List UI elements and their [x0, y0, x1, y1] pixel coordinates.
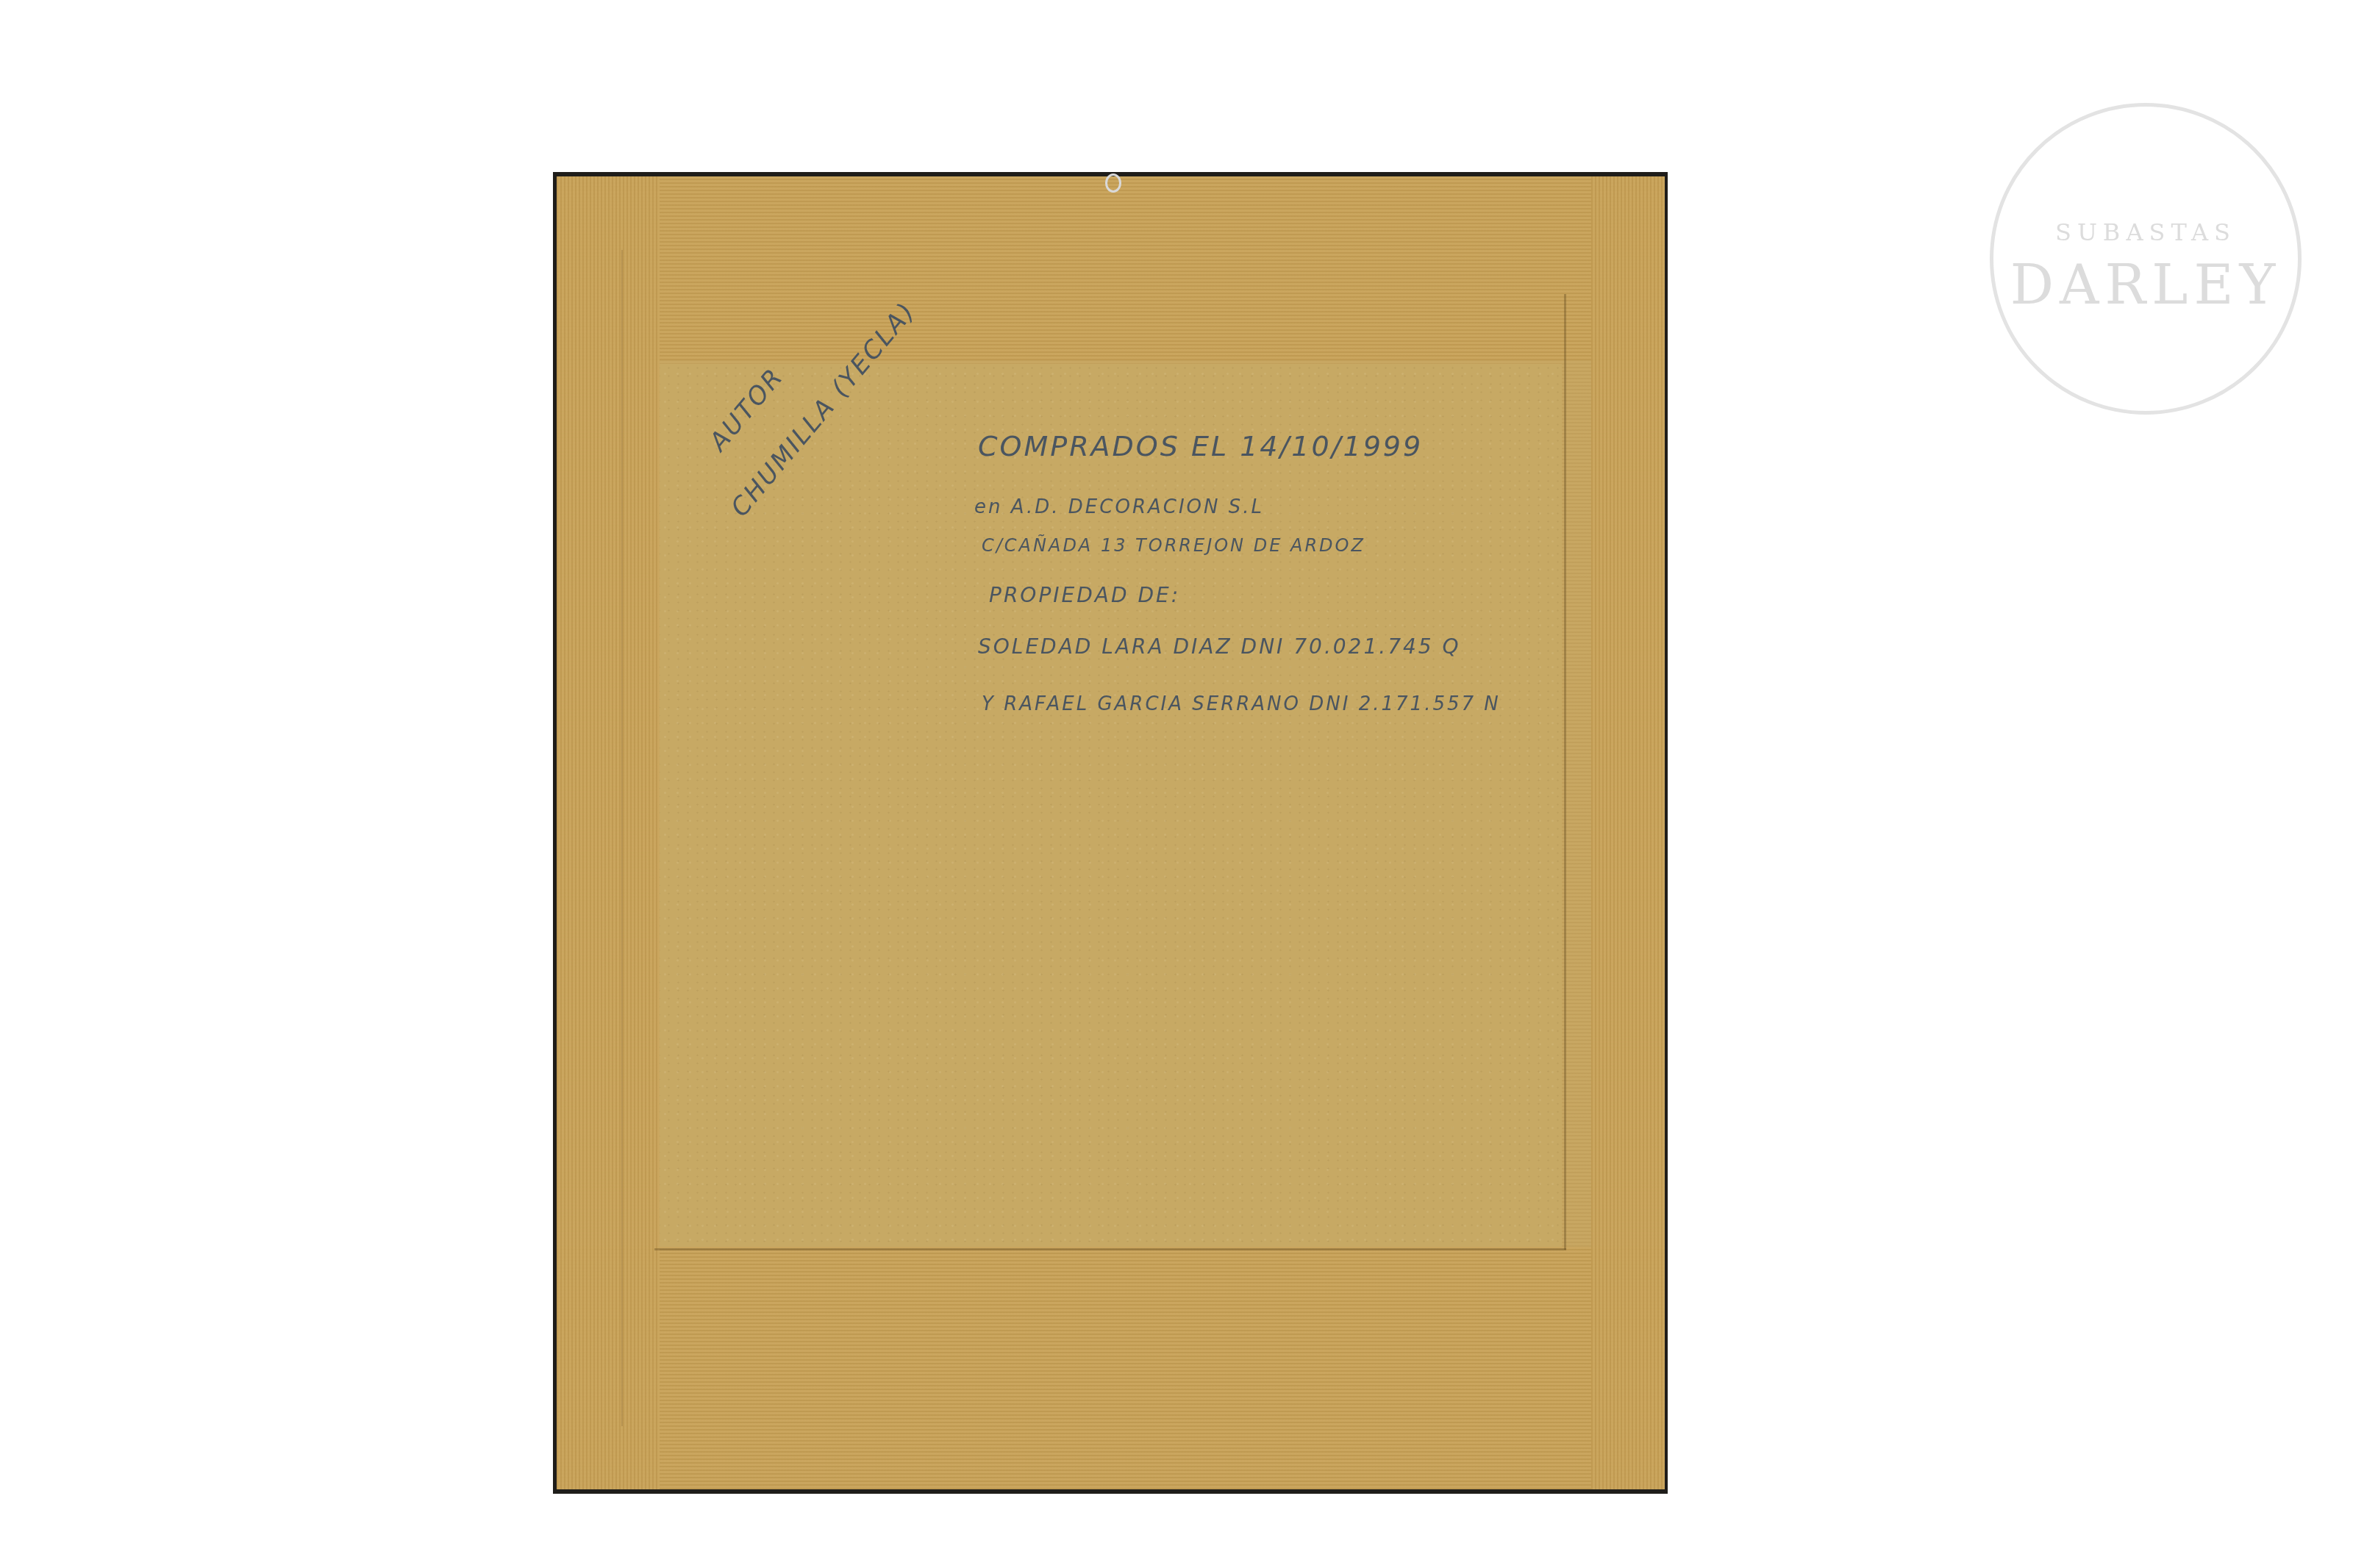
auction-house-watermark: SUBASTAS DARLEY [1990, 103, 2302, 415]
note-seller: en A.D. DECORACION S.L [974, 496, 1264, 518]
note-owner-2: Y RAFAEL GARCIA SERRANO DNI 2.171.557 N [982, 693, 1501, 715]
tape-fold-line [621, 250, 623, 1426]
frame-back [553, 172, 1668, 1494]
note-address: C/CAÑADA 13 TORREJON DE ARDOZ [982, 535, 1365, 556]
note-owner-1: SOLEDAD LARA DIAZ DNI 70.021.745 Q [978, 634, 1461, 659]
watermark-main-text: DARLEY [1993, 254, 2298, 317]
backing-board [557, 176, 1665, 1489]
tape-fold-line [1564, 294, 1566, 1250]
tape-strip-top [557, 176, 1665, 360]
tape-strip-right [1591, 176, 1665, 1489]
tape-strip-bottom [557, 1247, 1665, 1489]
hanging-hook-icon [1105, 173, 1121, 193]
note-property-of: PROPIEDAD DE: [989, 583, 1180, 607]
tape-fold-line [654, 1248, 1566, 1250]
note-purchase-date: COMPRADOS EL 14/10/1999 [978, 430, 1423, 462]
watermark-top-text: SUBASTAS [1993, 218, 2298, 246]
tape-strip-left [557, 176, 660, 1489]
